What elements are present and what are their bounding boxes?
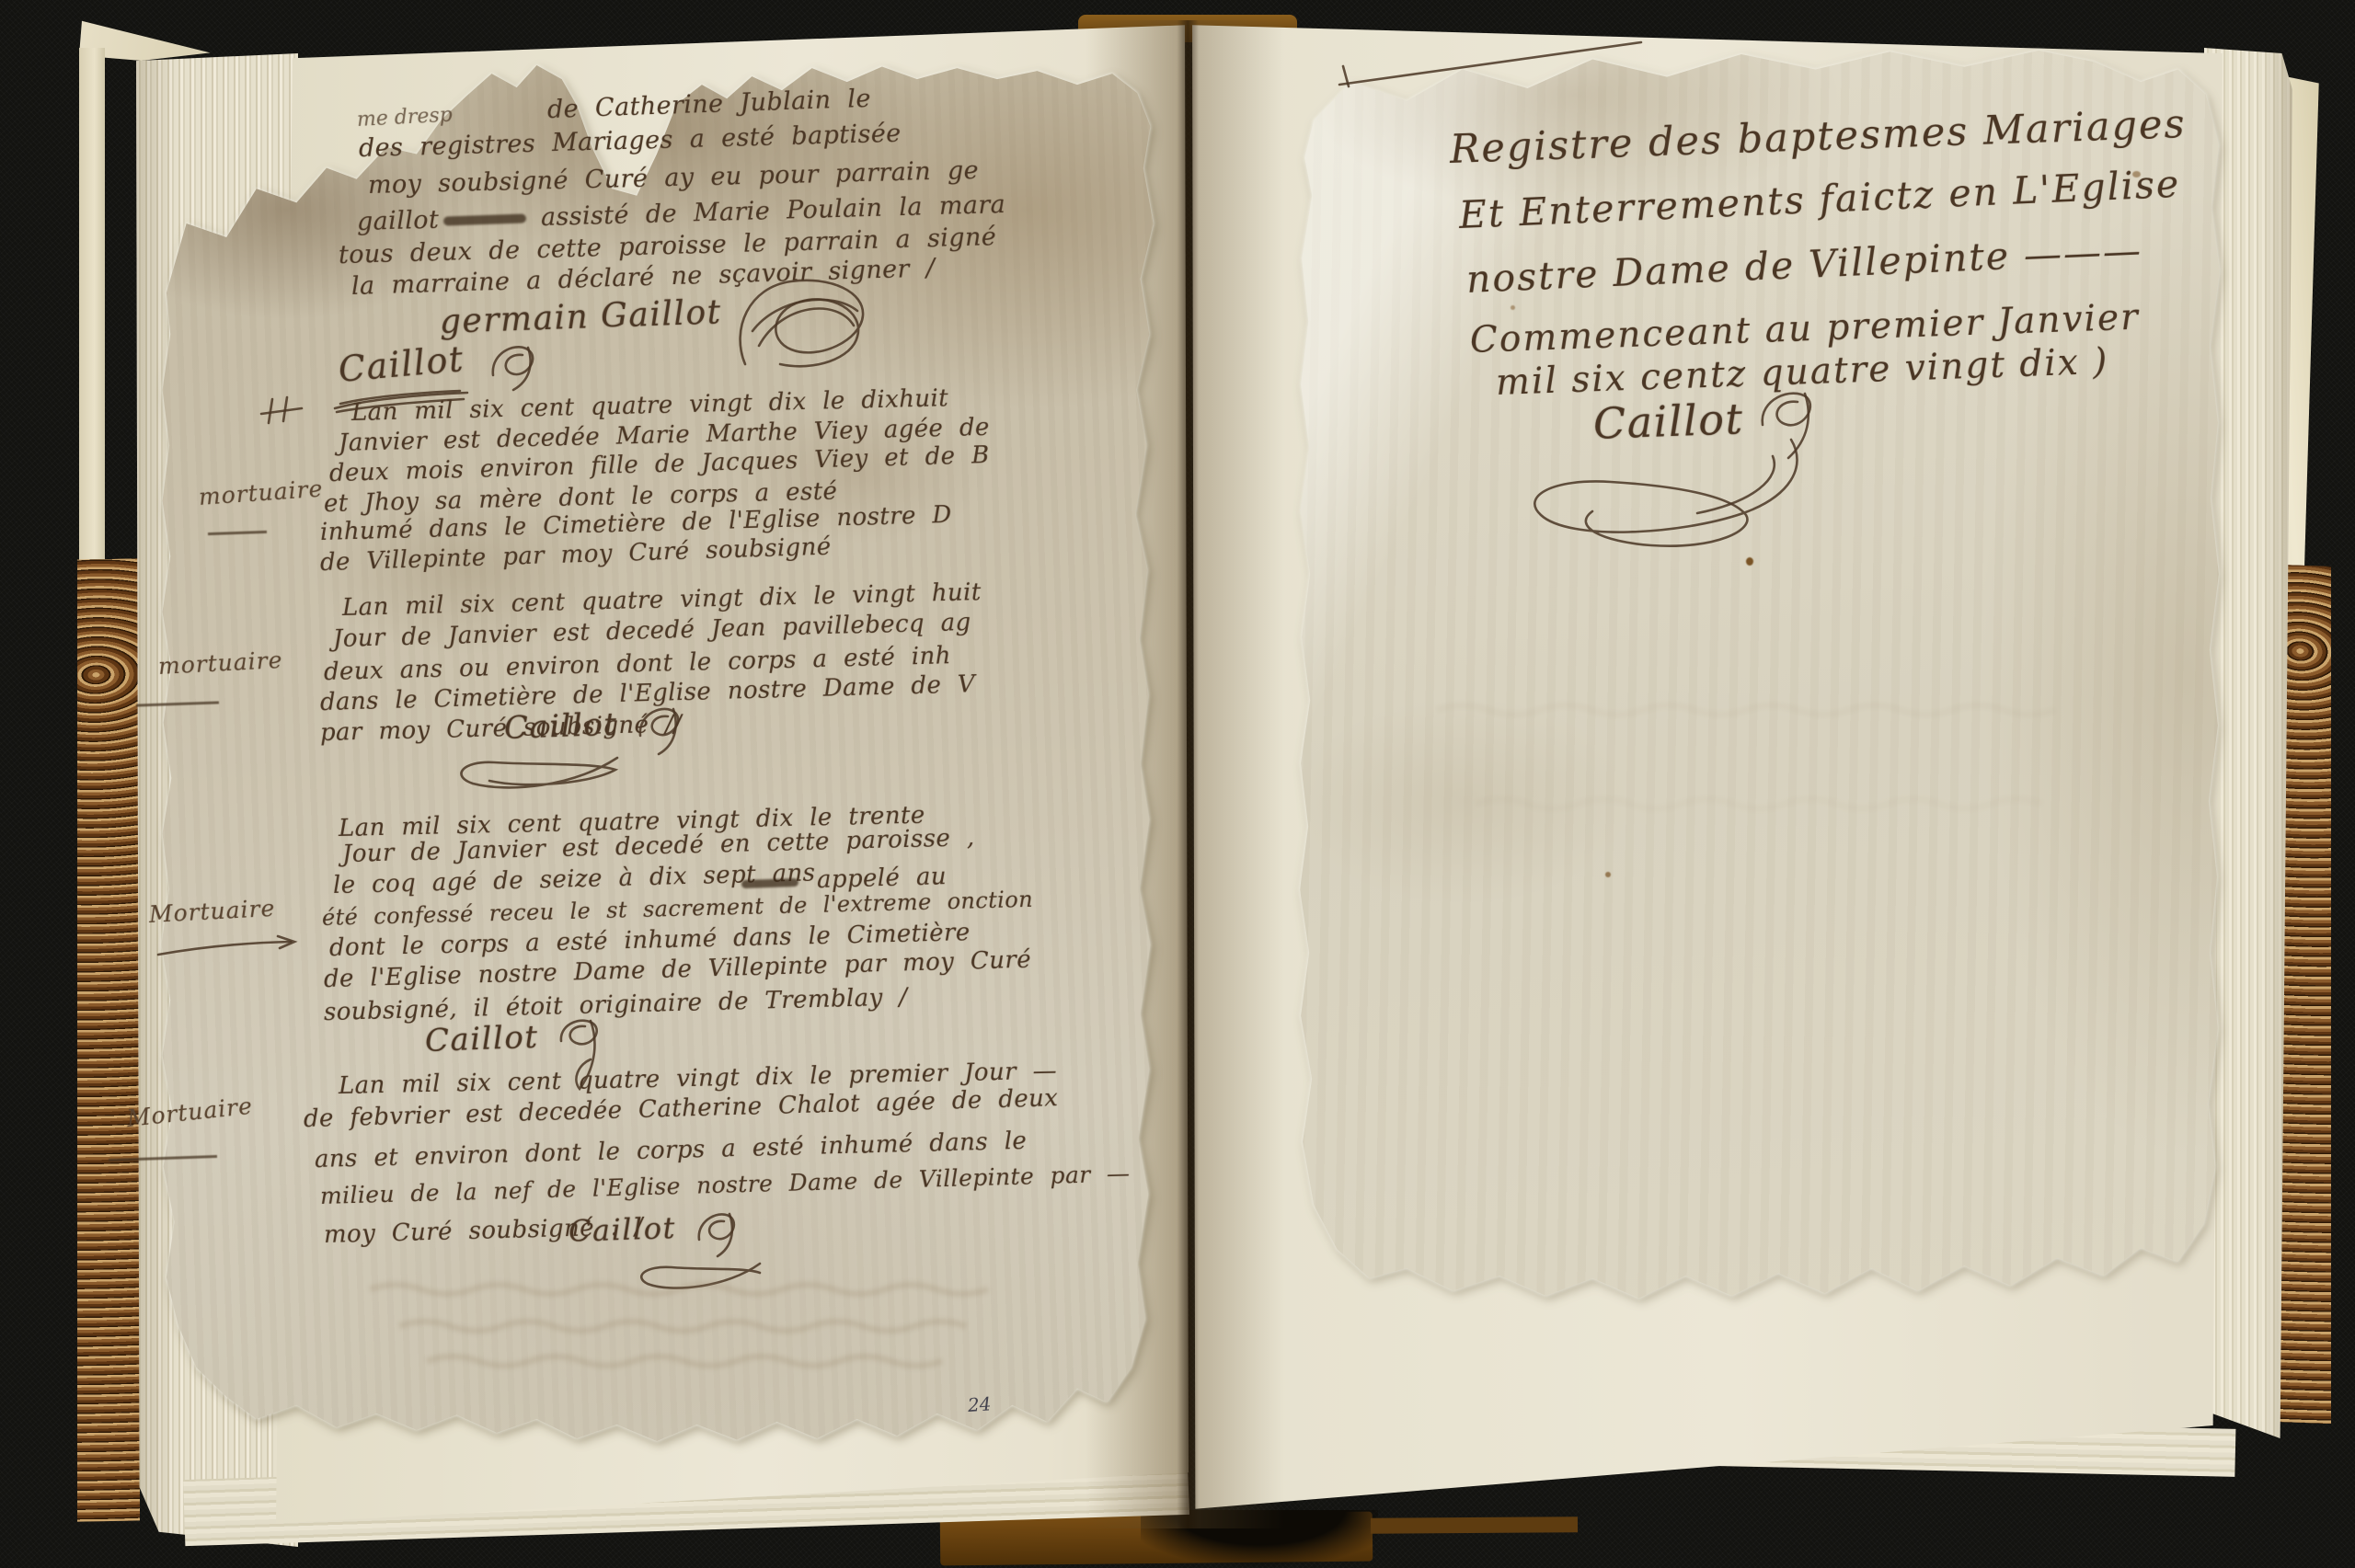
ink-speck	[2132, 171, 2141, 177]
manuscript-book-photo: me dresp de Catherine Jublain le des reg…	[0, 0, 2355, 1568]
show-through-text-strokes	[1435, 699, 2079, 721]
left-marbled-cover	[77, 558, 140, 1521]
left-board-edge	[79, 48, 105, 568]
show-through-text-strokes	[368, 1278, 1012, 1300]
signature-knot-flourish	[486, 338, 543, 394]
margin-arrow	[155, 936, 302, 960]
show-through-text-strokes	[397, 1315, 986, 1337]
right-marbled-cover	[2280, 565, 2331, 1424]
show-through-text-strokes	[1474, 793, 2062, 815]
signature-knot-flourish	[692, 1207, 738, 1260]
signature-paraph-flourish	[727, 274, 883, 377]
inventory-number-note: 24	[967, 1392, 992, 1416]
ink-speck	[1746, 557, 1753, 566]
margin-cross-mark	[259, 395, 305, 425]
signature-caillot: Caillot	[503, 706, 618, 747]
signature-underline-swirl	[453, 749, 624, 795]
show-through-text-strokes	[425, 1350, 959, 1372]
ink-speck	[1605, 872, 1611, 877]
signature-knot-flourish	[633, 701, 684, 758]
signature-caillot: Caillot	[568, 1210, 676, 1249]
manuscript-line: gaillot	[357, 206, 440, 236]
spine-bottom-right-strip	[1371, 1516, 1578, 1534]
ink-speck	[1511, 305, 1515, 310]
grand-signature-flourish	[1513, 429, 1817, 578]
pen-slash-mark	[1334, 37, 1647, 88]
signature-caillot: Caillot	[424, 1019, 539, 1059]
